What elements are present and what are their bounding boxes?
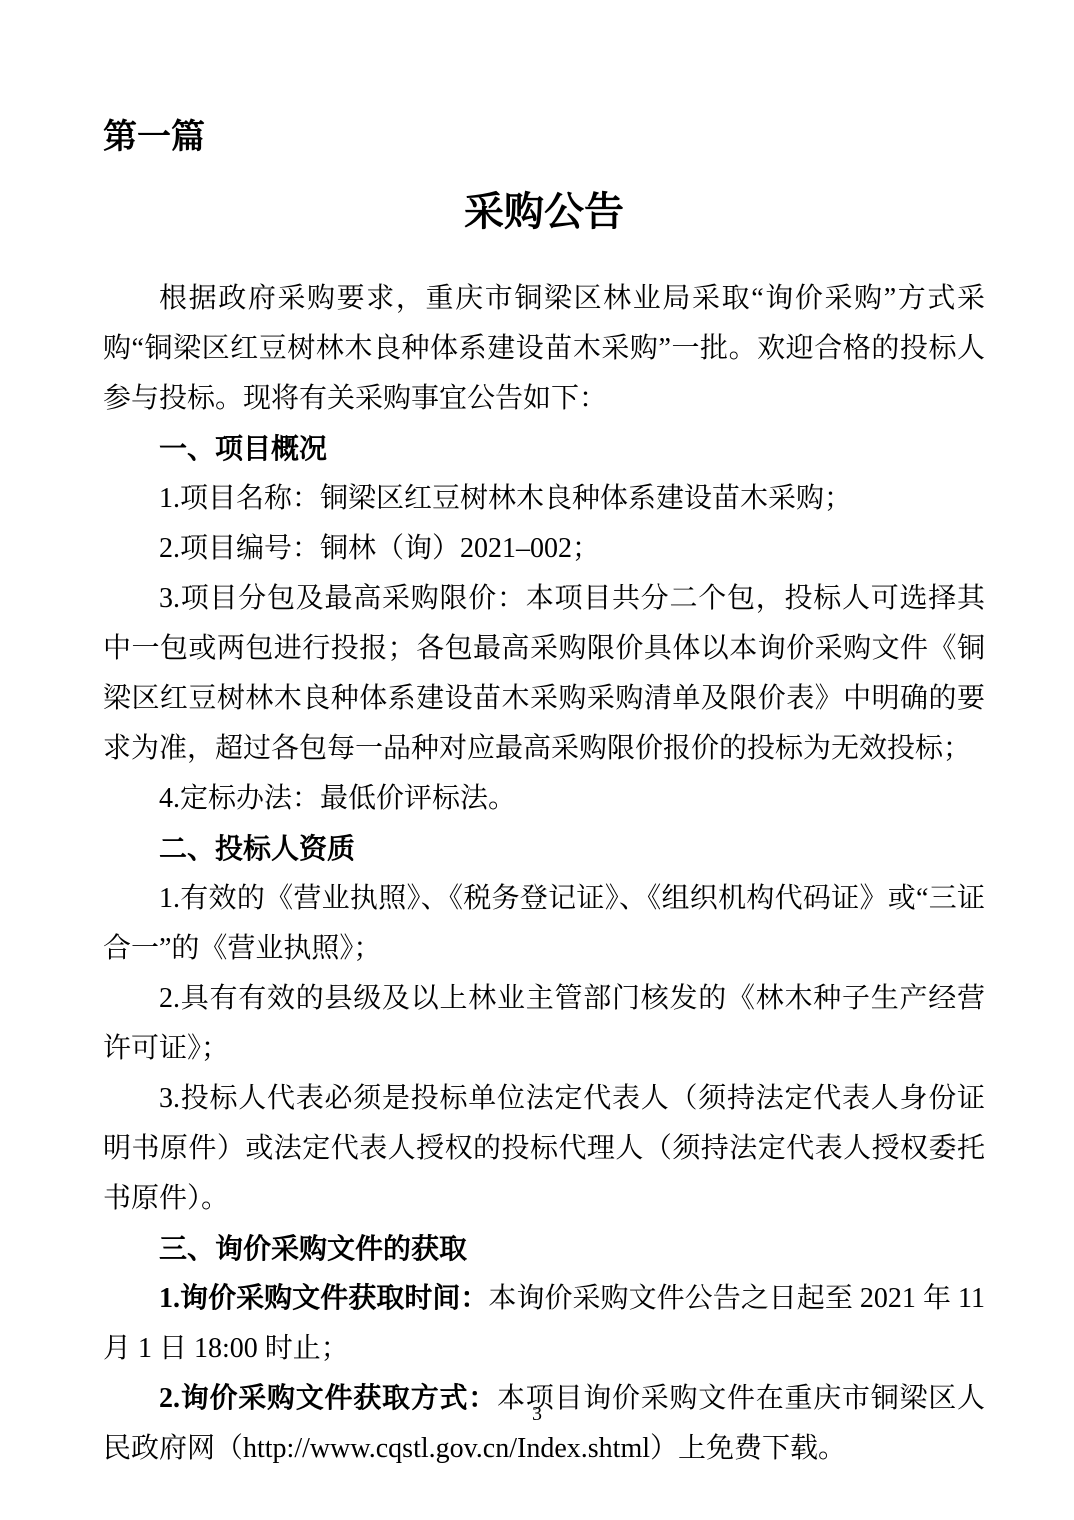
item-business-license: 1.有效的《营业执照》、《税务登记证》、《组织机构代码证》或“三证合一”的《营业…	[103, 874, 985, 974]
section-heading-project-overview: 一、项目概况	[103, 424, 985, 474]
item-forestry-seed-license: 2.具有有效的县级及以上林业主管部门核发的《林木种子生产经营许可证》；	[103, 974, 985, 1074]
document-title: 采购公告	[103, 184, 985, 240]
item-award-method: 4.定标办法：最低价评标法。	[103, 774, 985, 824]
item-project-packages-price-limit: 3.项目分包及最高采购限价：本项目共分二个包，投标人可选择其中一包或两包进行投报…	[103, 574, 985, 774]
section-heading-document-acquisition: 三、询价采购文件的获取	[103, 1224, 985, 1274]
item-project-number: 2.项目编号：铜林（询）2021–002；	[103, 524, 985, 574]
item-acquisition-time: 1.询价采购文件获取时间：本询价采购文件公告之日起至 2021 年 11 月 1…	[103, 1274, 985, 1374]
section-label: 第一篇	[103, 112, 985, 162]
document-content: 第一篇 采购公告 根据政府采购要求，重庆市铜梁区林业局采取“询价采购”方式采购“…	[103, 112, 985, 1474]
item-acquisition-time-label: 1.询价采购文件获取时间：	[159, 1283, 488, 1314]
page-number: 3	[0, 1402, 1074, 1426]
intro-paragraph: 根据政府采购要求，重庆市铜梁区林业局采取“询价采购”方式采购“铜梁区红豆树林木良…	[103, 274, 985, 424]
document-page: 第一篇 采购公告 根据政府采购要求，重庆市铜梁区林业局采取“询价采购”方式采购“…	[0, 0, 1074, 1520]
section-heading-bidder-qualifications: 二、投标人资质	[103, 824, 985, 874]
item-bidder-representative: 3.投标人代表必须是投标单位法定代表人（须持法定代表人身份证明书原件）或法定代表…	[103, 1074, 985, 1224]
item-project-name: 1.项目名称：铜梁区红豆树林木良种体系建设苗木采购；	[103, 474, 985, 524]
